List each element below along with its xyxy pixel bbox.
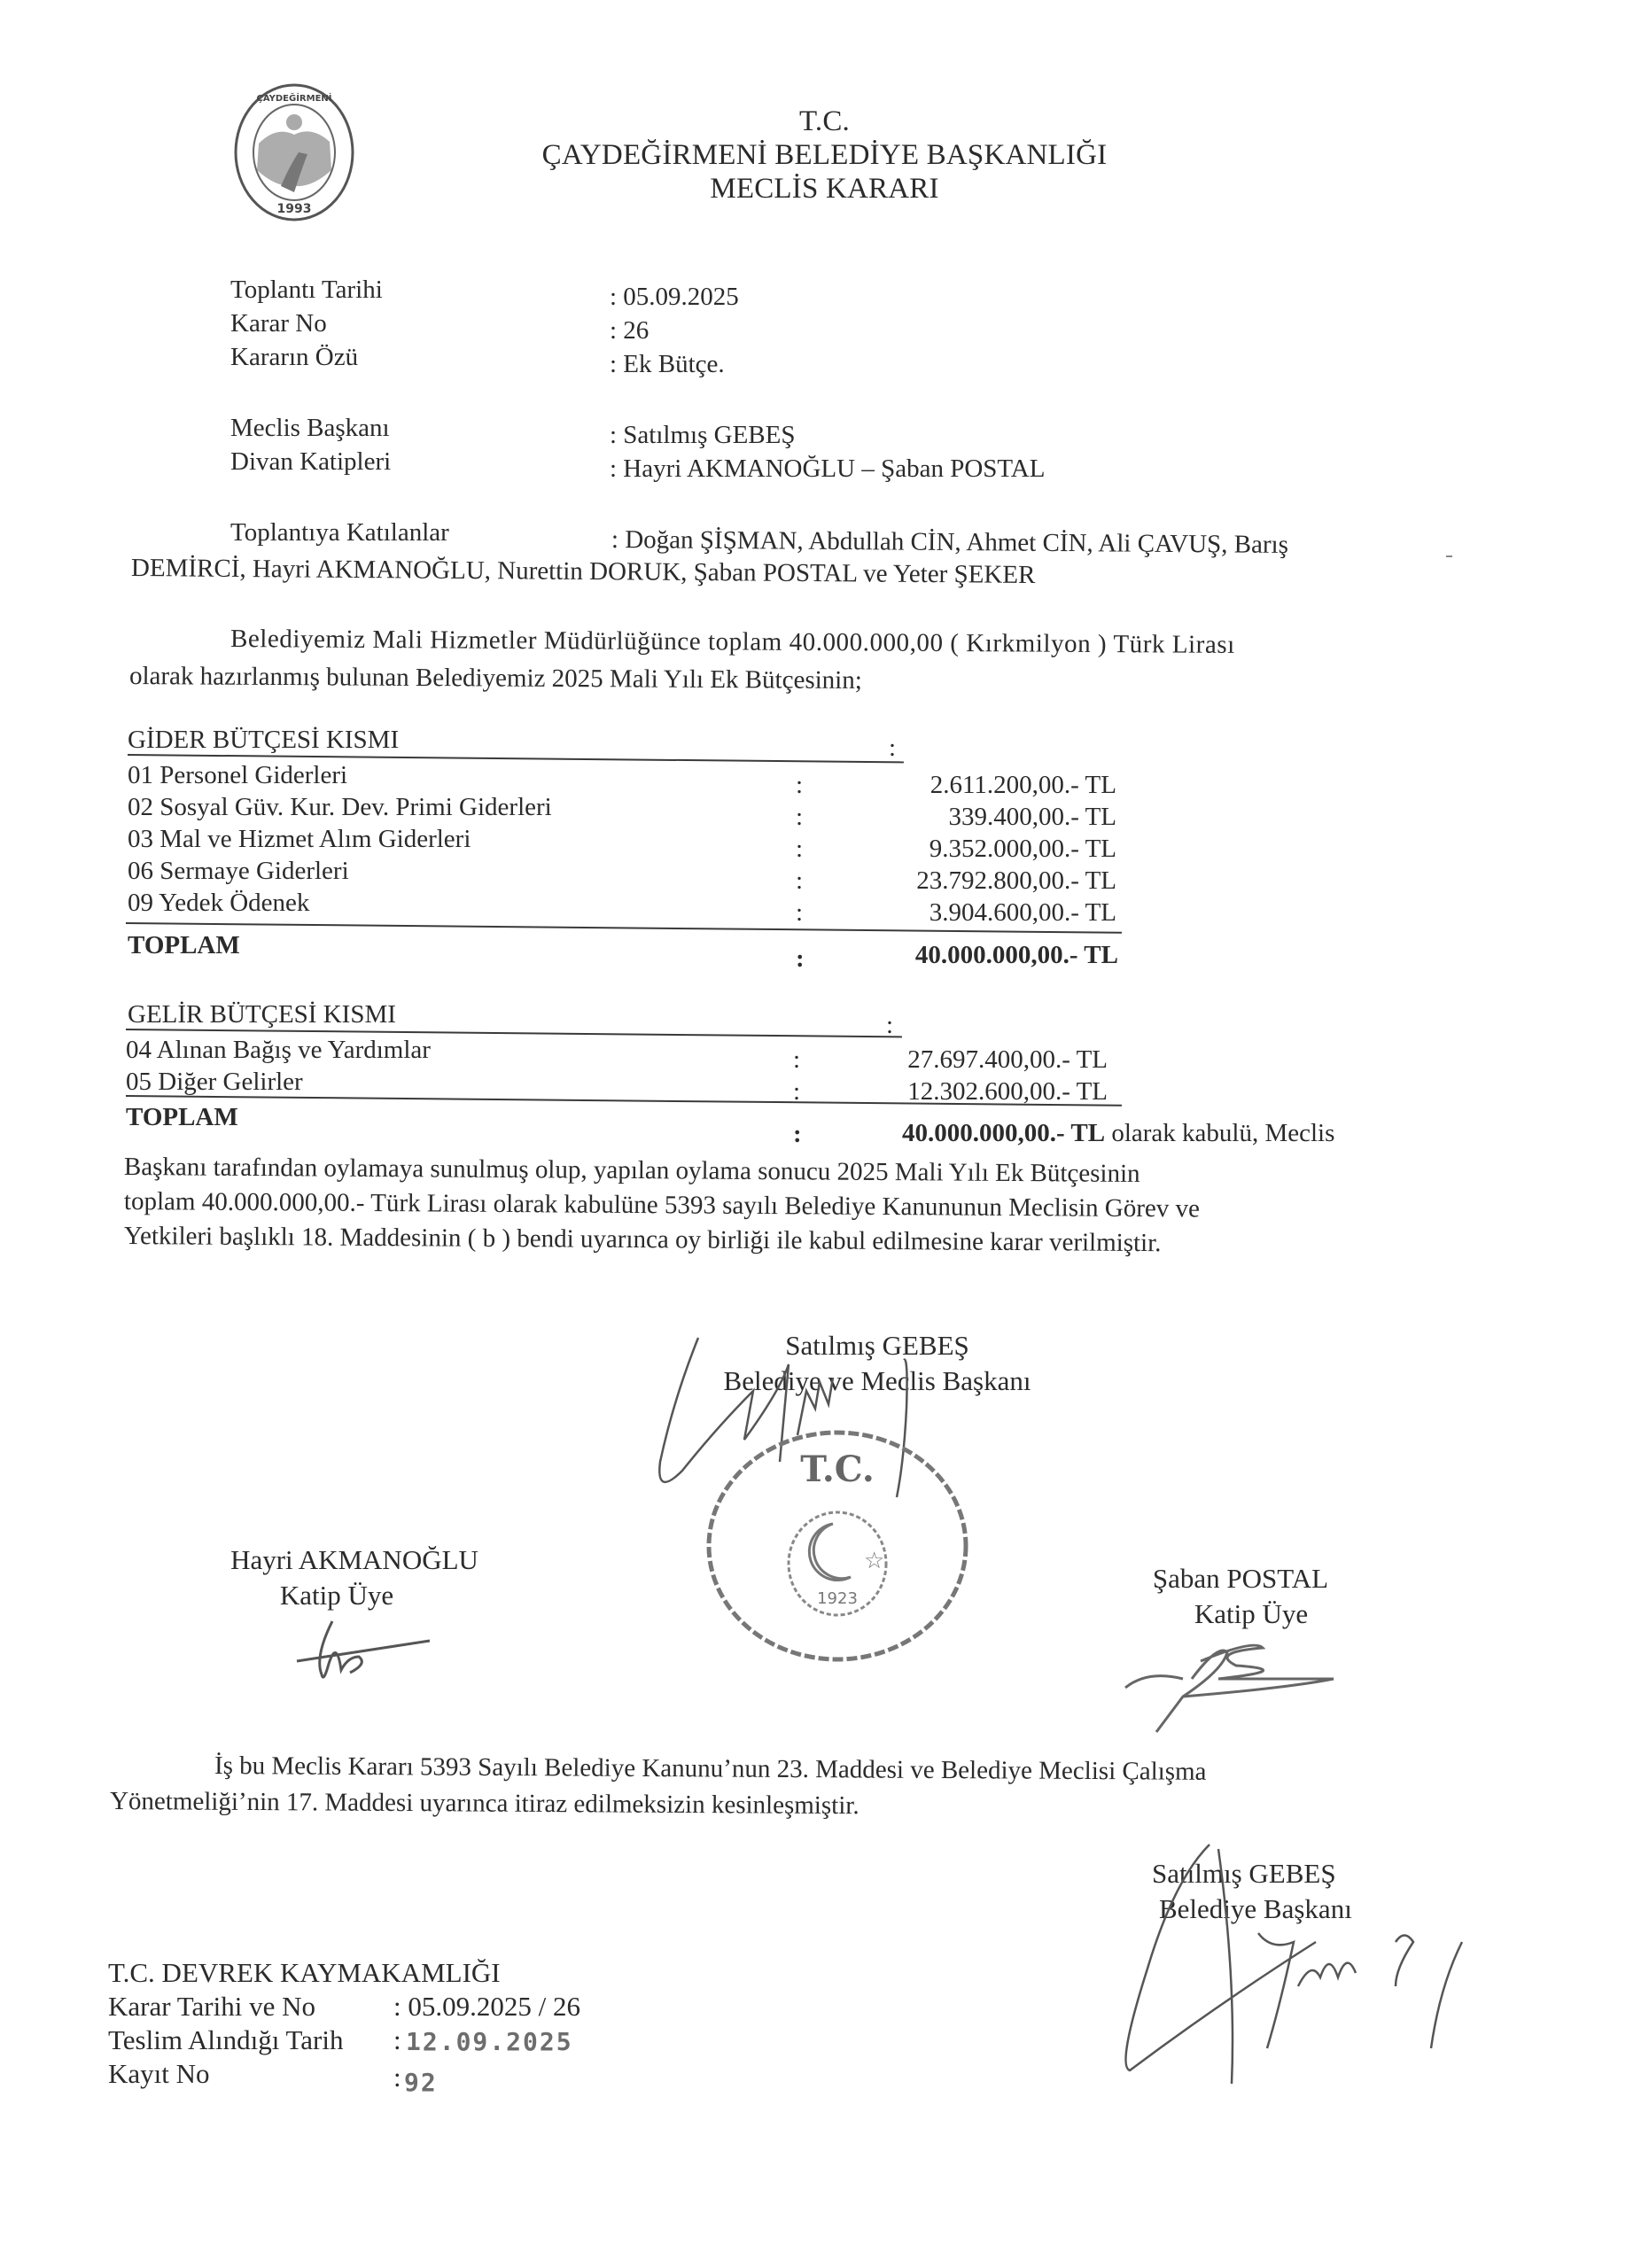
official-stamp-icon: T.C. 1923 ☆ — [700, 1426, 975, 1666]
district-title: T.C. DEVREK KAYMAKAMLIĞI — [108, 1958, 501, 1988]
attendees-line2: DEMİRCİ, Hayri AKMANOĞLU, Nurettin DORUK… — [131, 553, 1036, 590]
decision-no-label: Karar No — [230, 308, 327, 338]
district-record-colon: : — [393, 2062, 401, 2093]
budget-row-amount: 23.792.800,00.- TL — [797, 866, 1116, 896]
revenue-total-value: 40.000.000,00.- TL — [902, 1119, 1105, 1147]
expense-total-value: 40.000.000,00.- TL — [799, 941, 1118, 970]
intro-line1: Belediyemiz Mali Hizmetler Müdürlüğünce … — [230, 624, 1235, 660]
clerk2-signature-icon — [1121, 1635, 1351, 1732]
revenue-total-suffix: olarak kabulü, Meclis — [1105, 1119, 1334, 1147]
revenue-total-colon: : — [793, 1120, 802, 1149]
budget-row-amount: 9.352.000,00.- TL — [797, 835, 1116, 864]
revenue-section-title: GELİR BÜTÇESİ KISMI — [128, 999, 396, 1029]
district-received-value: 12.09.2025 — [406, 2027, 573, 2057]
attendees-label: Toplantıya Katılanlar — [230, 517, 449, 548]
mayor-signature-icon — [1112, 1845, 1484, 2101]
clerk1-name: Hayri AKMANOĞLU — [177, 1543, 532, 1577]
attendees-line1: : Doğan ŞİŞMAN, Abdullah CİN, Ahmet CİN,… — [611, 524, 1288, 560]
decision-line1: Başkanı tarafından oylamaya sunulmuş olu… — [124, 1152, 1140, 1189]
budget-row-amount: 339.400,00.- TL — [797, 803, 1116, 832]
district-record-value: 92 — [404, 2068, 438, 2098]
district-decision-value: : 05.09.2025 / 26 — [393, 1992, 580, 2022]
svg-text:1923: 1923 — [817, 1589, 858, 1608]
budget-row-amount: 27.697.400,00.- TL — [789, 1045, 1108, 1075]
revenue-total-label: TOPLAM — [126, 1102, 238, 1132]
page-title: MECLİS KARARI — [0, 172, 1649, 206]
district-received-label: Teslim Alındığı Tarih — [108, 2025, 343, 2055]
stray-mark — [1446, 555, 1452, 557]
clerk2-title: Katip Üye — [1118, 1597, 1384, 1631]
chair-value: : Satılmış GEBEŞ — [610, 420, 795, 450]
svg-text:T.C.: T.C. — [800, 1449, 875, 1490]
budget-row-label: 04 Alınan Bağış ve Yardımlar — [126, 1035, 431, 1065]
finalization-line2: Yönetmeliği’nin 17. Maddesi uyarınca iti… — [110, 1786, 860, 1821]
svg-text:ÇAYDEĞİRMENİ: ÇAYDEĞİRMENİ — [257, 91, 332, 104]
header-institution: ÇAYDEĞİRMENİ BELEDİYE BAŞKANLIĞI — [0, 138, 1649, 172]
finalization-line1: İş bu Meclis Kararı 5393 Sayılı Belediye… — [214, 1751, 1207, 1787]
clerk1-signature-icon — [297, 1621, 439, 1692]
district-decision-label: Karar Tarihi ve No — [108, 1992, 315, 2022]
budget-row-label: 02 Sosyal Güv. Kur. Dev. Primi Giderleri — [128, 792, 552, 822]
budget-row-label: 01 Personel Giderleri — [128, 760, 347, 790]
decision-line2: toplam 40.000.000,00.- Türk Lirası olara… — [124, 1186, 1200, 1223]
expense-section-title: GİDER BÜTÇESİ KISMI — [128, 725, 399, 755]
decision-line3: Yetkileri başlıklı 18. Maddesinin ( b ) … — [124, 1221, 1162, 1258]
budget-row-label: 06 Sermaye Giderleri — [128, 856, 349, 886]
clerks-label: Divan Katipleri — [230, 447, 391, 477]
budget-row-label: 05 Diğer Gelirler — [126, 1067, 303, 1097]
subject-label: Kararın Özü — [230, 342, 358, 372]
district-record-label: Kayıt No — [108, 2059, 210, 2089]
chair-label: Meclis Başkanı — [230, 413, 390, 443]
expense-title-colon: : — [889, 734, 896, 763]
svg-text:☆: ☆ — [864, 1548, 884, 1573]
expense-total-label: TOPLAM — [128, 930, 240, 960]
revenue-total-line: 40.000.000,00.- TL olarak kabulü, Meclis — [902, 1118, 1334, 1148]
clerk2-name: Şaban POSTAL — [1108, 1562, 1373, 1596]
district-received-colon: : — [393, 2025, 401, 2055]
meeting-date-label: Toplantı Tarihi — [230, 275, 383, 305]
budget-row-label: 03 Mal ve Hizmet Alım Giderleri — [128, 824, 471, 854]
header-tc: T.C. — [0, 105, 1649, 138]
budget-row-amount: 3.904.600,00.- TL — [797, 898, 1116, 928]
budget-row-amount: 2.611.200,00.- TL — [797, 771, 1116, 800]
decision-no-value: : 26 — [610, 315, 649, 346]
clerks-value: : Hayri AKMANOĞLU – Şaban POSTAL — [610, 454, 1045, 484]
intro-line2: olarak hazırlanmış bulunan Belediyemiz 2… — [129, 661, 862, 695]
clerk1-title: Katip Üye — [204, 1579, 470, 1612]
subject-value: : Ek Bütçe. — [610, 349, 725, 379]
budget-row-label: 09 Yedek Ödenek — [128, 888, 309, 918]
meeting-date-value: : 05.09.2025 — [610, 282, 739, 312]
